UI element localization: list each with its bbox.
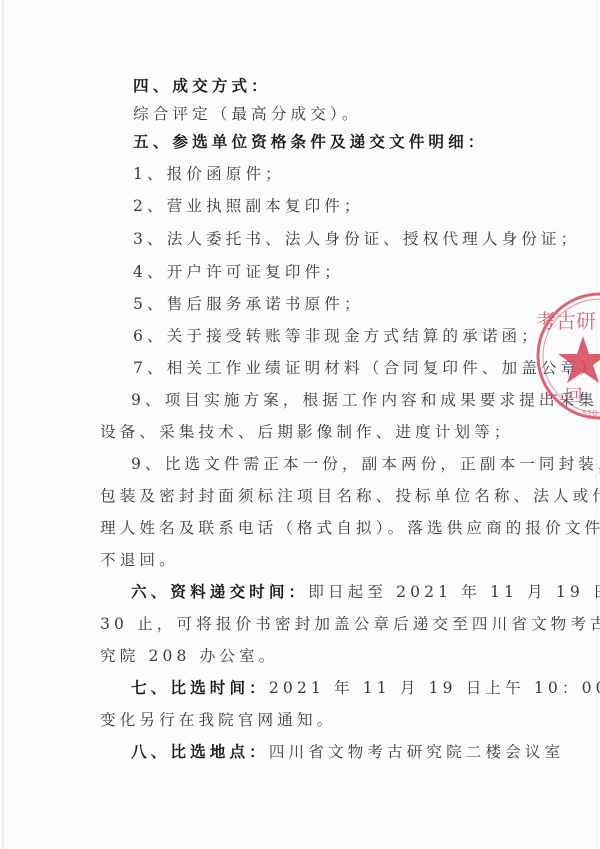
body-text: 3、法人委托书、法人身份证、授权代理人身份证； [133,230,580,248]
section-heading: 八、比选地点： [131,742,269,761]
seal-code: 510 [582,409,597,418]
text-line-item-9a-1: 9、项目实施方案，根据工作内容和成果要求提出采集 [131,390,598,410]
text-line-s5-heading: 五、参选单位资格条件及递交文件明细： [133,132,488,152]
text-line-s4-body: 综合评定（最高分成交）。 [133,104,362,124]
body-text: 9、项目实施方案，根据工作内容和成果要求提出采集 [131,391,598,409]
body-text: 理人姓名及联系电话（格式自拟）。落选供应商的报价文件 [100,519,600,537]
text-line-s7-2: 变化另行在我院官网通知。 [100,710,336,730]
text-line-item-4: 4、开户许可证复印件； [133,262,344,282]
body-text: 1、报价函原件； [133,165,285,183]
text-line-item-9b-2: 包装及密封封面须标注项目名称、投标单位名称、法人或代 [100,486,600,506]
section-heading: 七、比选时间： [131,678,269,697]
body-text: 5、售后服务承诺书原件； [133,295,364,313]
seal-star-icon: 考古研 ⌐ 回 510 [530,284,600,424]
body-text: 四川省文物考古研究院二楼会议室 [269,743,564,761]
text-line-item-9b-4: 不退回。 [100,550,179,570]
section-heading: 五、参选单位资格条件及递交文件明细： [133,132,488,151]
body-text: 6、关于接受转账等非现金方式结算的承诺函； [133,327,541,345]
body-text: 30 止，可将报价书密封加盖公章后递交至四川省文物考古研 [100,615,600,633]
page-edge-right [596,0,597,849]
body-text: 4、开户许可证复印件； [133,263,344,281]
body-text: 2、营业执照副本复印件； [133,197,364,215]
body-text: 综合评定（最高分成交）。 [133,105,362,123]
text-line-item-5: 5、售后服务承诺书原件； [133,294,364,314]
body-text: 包装及密封封面须标注项目名称、投标单位名称、法人或代 [100,487,600,505]
text-line-s6-1: 六、资料递交时间：即日起至 2021 年 11 月 19 日上午 9: [131,582,600,602]
body-text: 究院 208 办公室。 [100,647,278,665]
text-line-item-2: 2、营业执照副本复印件； [133,196,364,216]
seal-text-top: 考古研 [536,309,596,333]
section-heading: 六、资料递交时间： [131,582,308,601]
text-line-s6-3: 究院 208 办公室。 [100,646,278,666]
text-line-s7-1: 七、比选时间：2021 年 11 月 19 日上午 10：00，如有 [131,678,600,698]
text-line-item-1: 1、报价函原件； [133,164,285,184]
section-heading: 四、成交方式： [133,76,271,95]
text-line-item-6: 6、关于接受转账等非现金方式结算的承诺函； [133,326,541,346]
text-line-item-9b-1: 9、比选文件需正本一份，副本两份，正副本一同封装， [131,454,600,474]
body-text: 设备、采集技术、后期影像制作、进度计划等； [100,423,514,441]
text-line-s4-heading: 四、成交方式： [133,76,271,96]
text-line-s8-1: 八、比选地点：四川省文物考古研究院二楼会议室 [131,742,564,762]
svg-text:⌐ 回: ⌐ 回 [544,386,583,407]
body-text: 9、比选文件需正本一份，副本两份，正副本一同封装， [131,455,600,473]
page-edge-left [2,0,4,849]
body-text: 即日起至 2021 年 11 月 19 日上午 9: [308,583,600,601]
body-text: 2021 年 11 月 19 日上午 10：00，如有 [269,679,600,697]
red-official-seal: 考古研 ⌐ 回 510 [530,284,600,424]
text-line-item-3: 3、法人委托书、法人身份证、授权代理人身份证； [133,229,580,249]
text-line-s6-2: 30 止，可将报价书密封加盖公章后递交至四川省文物考古研 [100,614,600,634]
text-line-item-9b-3: 理人姓名及联系电话（格式自拟）。落选供应商的报价文件 [100,518,600,538]
body-text: 变化另行在我院官网通知。 [100,711,336,729]
body-text: 不退回。 [100,551,179,569]
text-line-item-9a-2: 设备、采集技术、后期影像制作、进度计划等； [100,422,514,442]
